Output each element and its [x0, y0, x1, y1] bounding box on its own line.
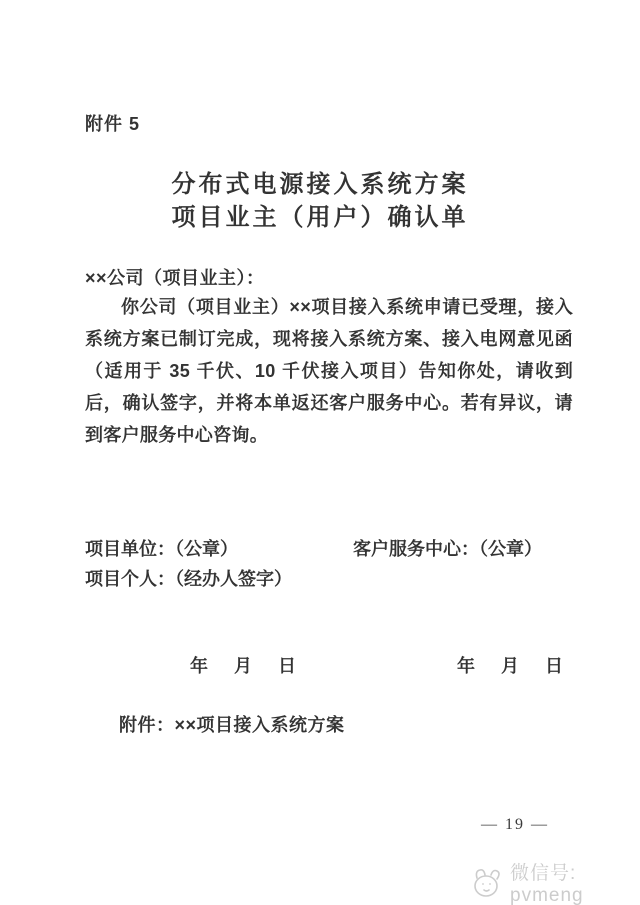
signature-row-1: 项目单位：（公章） 客户服务中心：（公章） [85, 535, 573, 561]
date-year-label: 年 [190, 652, 208, 678]
date-day-label: 日 [545, 652, 563, 678]
document-page: 附件 5 分布式电源接入系统方案 项目业主（用户）确认单 ××公司（项目业主）：… [0, 0, 640, 905]
project-unit-seal-label: 项目单位：（公章） [85, 535, 353, 561]
date-year-label: 年 [457, 652, 475, 678]
attachment-label: 附件 5 [85, 110, 140, 136]
watermark: 微信号: pvmeng [472, 858, 640, 905]
date-line-right: 年 月 日 [457, 652, 563, 678]
title-line-2: 项目业主（用户）确认单 [0, 201, 640, 234]
title-line-1: 分布式电源接入系统方案 [0, 168, 640, 201]
document-title: 分布式电源接入系统方案 项目业主（用户）确认单 [0, 168, 640, 234]
date-month-label: 月 [501, 652, 519, 678]
project-person-signature-label: 项目个人：（经办人签字） [85, 565, 292, 591]
body-paragraph: 你公司（项目业主）××项目接入系统申请已受理，接入系统方案已制订完成，现将接入系… [85, 291, 573, 451]
attachment-note: 附件：××项目接入系统方案 [119, 711, 345, 737]
watermark-text: 微信号: pvmeng [510, 858, 640, 905]
salutation-line: ××公司（项目业主）： [85, 264, 265, 290]
wechat-doodle-icon [472, 866, 504, 900]
page-number: — 19 — [455, 816, 575, 834]
date-line-left: 年 月 日 [190, 652, 296, 678]
customer-service-seal-label: 客户服务中心：（公章） [353, 535, 542, 561]
date-day-label: 日 [278, 652, 296, 678]
date-month-label: 月 [234, 652, 252, 678]
